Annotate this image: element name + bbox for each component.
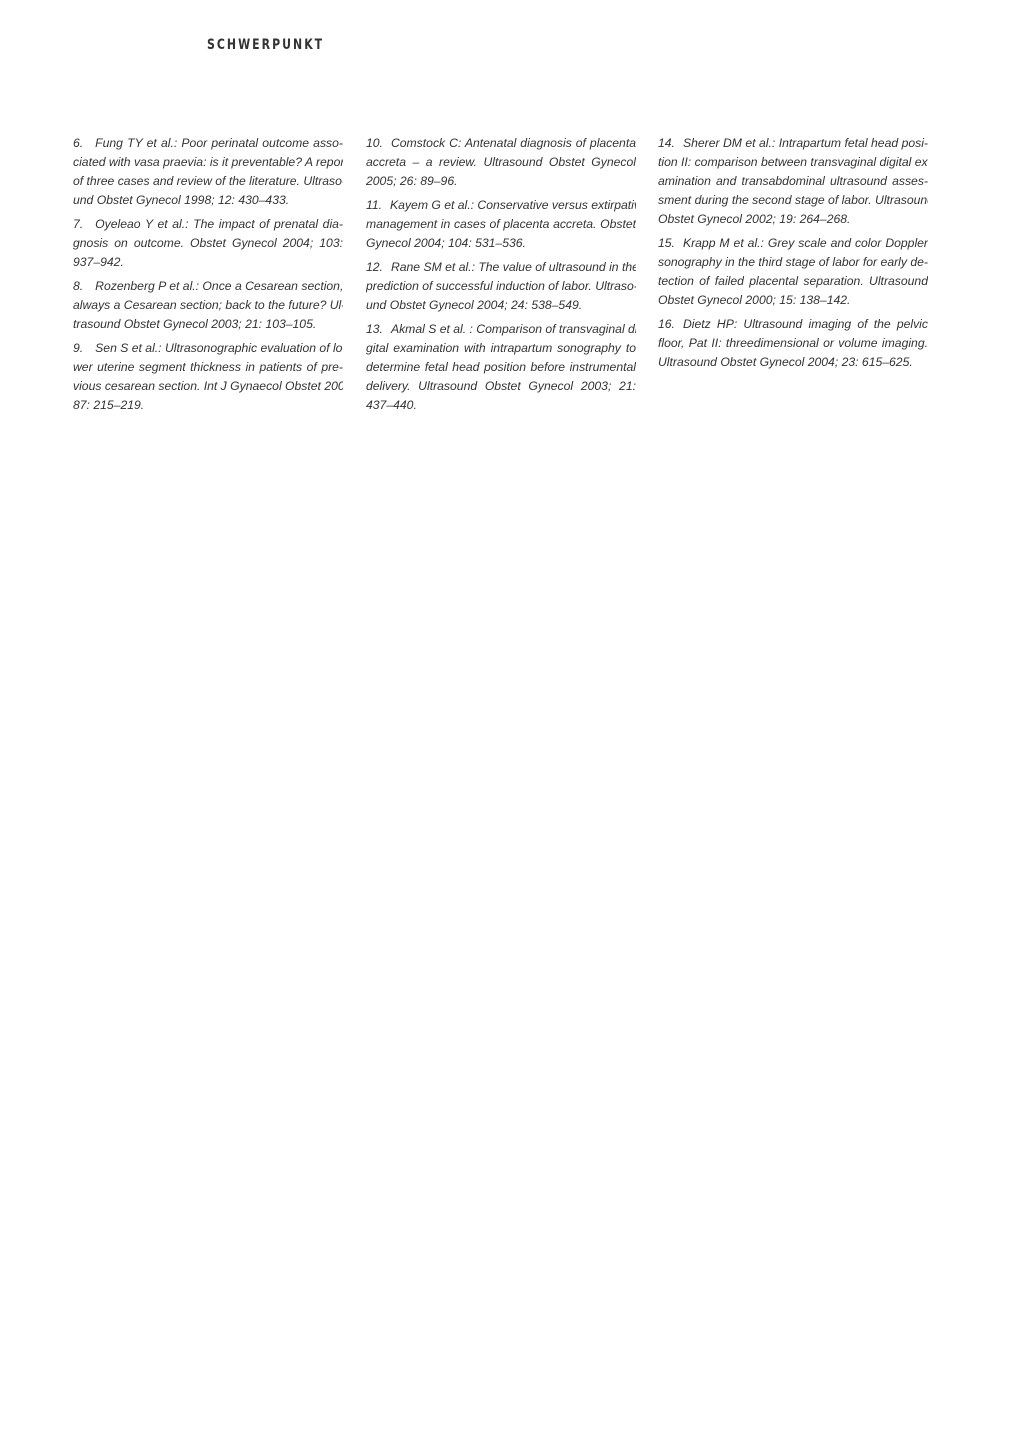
reference-number: 6. — [73, 134, 83, 153]
reference-number: 8. — [73, 277, 83, 296]
reference-number: 7. — [73, 215, 83, 234]
reference-number: 9. — [73, 339, 83, 358]
reference-number: 13. — [366, 320, 383, 339]
reference-item: 10.Comstock C: Antenatal diagnosis of pl… — [366, 134, 636, 191]
reference-item: 6.Fung TY et al.: Poor perinatal outcome… — [73, 134, 343, 210]
reference-number: 14. — [658, 134, 675, 153]
reference-item: 7.Oyeleao Y et al.: The impact of prenat… — [73, 215, 343, 272]
reference-column-3: 14.Sherer DM et al.: Intrapartum fetal h… — [658, 134, 928, 377]
reference-item: 8.Rozenberg P et al.: Once a Cesarean se… — [73, 277, 343, 334]
reference-item: 16.Dietz HP: Ultrasound imaging of the p… — [658, 315, 928, 372]
reference-column-1: 6.Fung TY et al.: Poor perinatal outcome… — [73, 134, 343, 420]
reference-number: 15. — [658, 234, 675, 253]
reference-item: 15.Krapp M et al.: Grey scale and color … — [658, 234, 928, 310]
reference-number: 10. — [366, 134, 383, 153]
reference-item: 14.Sherer DM et al.: Intrapartum fetal h… — [658, 134, 928, 229]
reference-number: 12. — [366, 258, 383, 277]
reference-number: 11. — [366, 196, 382, 215]
reference-item: 12.Rane SM et al.: The value of ultrasou… — [366, 258, 636, 315]
reference-item: 11.Kayem G et al.: Conservative versus e… — [366, 196, 636, 253]
reference-column-2: 10.Comstock C: Antenatal diagnosis of pl… — [366, 134, 636, 420]
section-header: SCHWERPUNKT — [207, 37, 324, 53]
reference-item: 9.Sen S et al.: Ultrasonographic evaluat… — [73, 339, 343, 415]
reference-item: 13.Akmal S et al. : Comparison of transv… — [366, 320, 636, 415]
reference-number: 16. — [658, 315, 675, 334]
